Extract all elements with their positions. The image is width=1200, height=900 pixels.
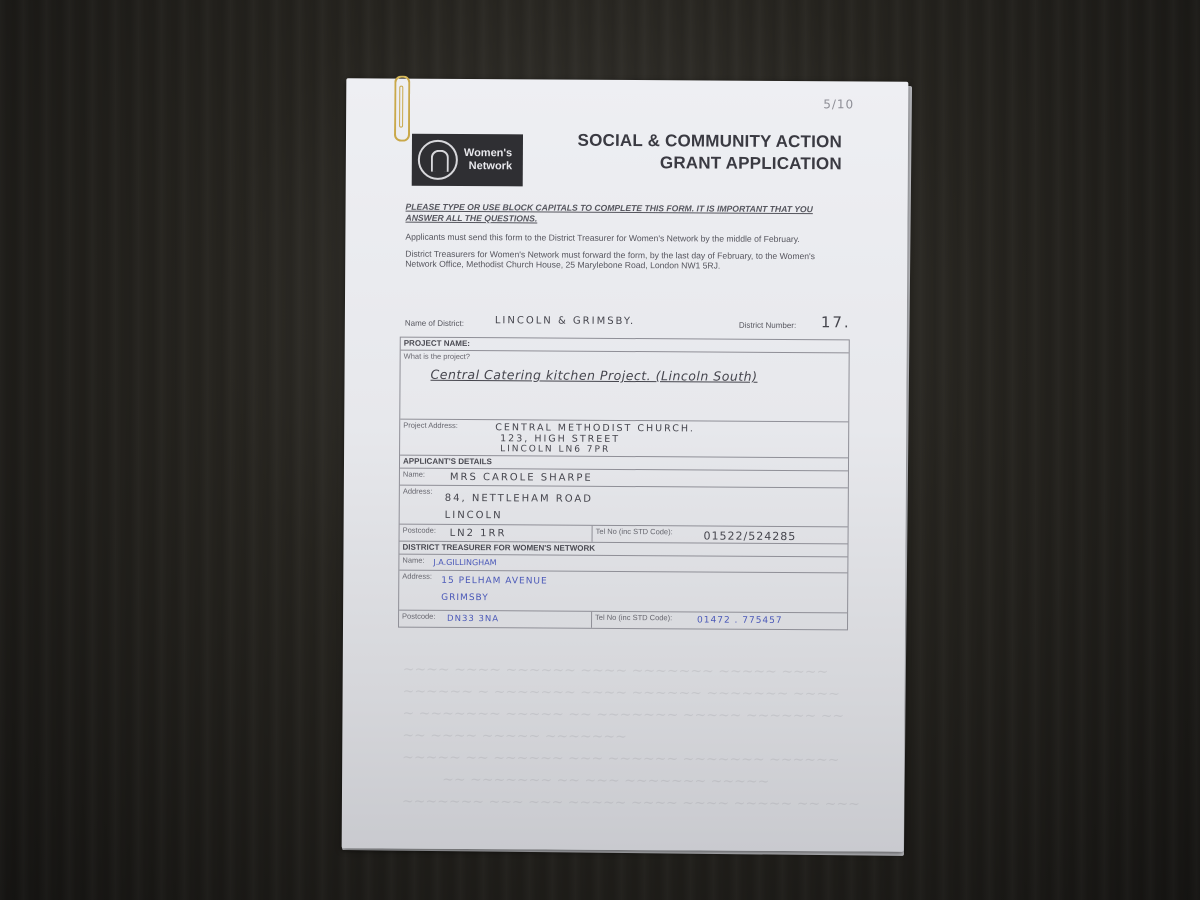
applicant-address-line-2[interactable]: LINCOLN xyxy=(445,510,503,521)
reverse-side-show-through: ~~~~ ~~~~ ~~~~~~ ~~~~ ~~~~~~~ ~~~~~ ~~~~… xyxy=(402,659,863,816)
treasurer-postcode-value[interactable]: DN33 3NA xyxy=(447,614,499,624)
cell-divider xyxy=(592,526,593,542)
applicant-tel-label: Tel No (inc STD Code): xyxy=(596,527,673,536)
applicant-postcode-value[interactable]: LN2 1RR xyxy=(450,528,507,539)
womens-network-logo: Women's Network xyxy=(412,134,523,187)
treasurer-tel-value[interactable]: 01472 . 775457 xyxy=(697,615,783,626)
cell-divider xyxy=(591,612,592,628)
project-address-line-2[interactable]: 123, HIGH STREET xyxy=(500,433,620,445)
page-marker: 5/10 xyxy=(823,97,854,111)
applicant-address-line-1[interactable]: 84, NETTLEHAM ROAD xyxy=(445,493,593,505)
treasurer-address-label: Address: xyxy=(402,572,432,581)
district-name-label: Name of District: xyxy=(405,319,464,328)
logo-text: Women's Network xyxy=(464,147,512,173)
project-address-label: Project Address: xyxy=(403,421,458,430)
applicant-name-label: Name: xyxy=(403,470,425,479)
district-row: Name of District: LINCOLN & GRIMSBY. Dis… xyxy=(403,315,850,334)
treasurer-name-label: Name: xyxy=(402,556,424,565)
district-number-value[interactable]: 17. xyxy=(821,313,851,331)
instructions: PLEASE TYPE OR USE BLOCK CAPITALS TO COM… xyxy=(405,202,815,278)
treasurer-address-row: Address: 15 PELHAM AVENUE GRIMSBY xyxy=(399,571,847,614)
methodist-emblem-icon xyxy=(418,140,458,180)
treasurer-address-line-1[interactable]: 15 PELHAM AVENUE xyxy=(441,576,547,587)
project-what-label: What is the project? xyxy=(404,352,470,361)
project-address-line-3[interactable]: LINCOLN LN6 7PR xyxy=(500,444,610,455)
district-number-label: District Number: xyxy=(739,321,796,330)
applicant-name-value[interactable]: MRS CAROLE SHARPE xyxy=(450,472,593,484)
applicant-postcode-label: Postcode: xyxy=(403,526,436,535)
project-what-row: What is the project? Central Catering ki… xyxy=(400,351,848,423)
form-table: PROJECT NAME: What is the project? Centr… xyxy=(398,337,850,631)
grant-application-form: 5/10 Women's Network SOCIAL & COMMUNITY … xyxy=(342,78,909,851)
district-name-value[interactable]: LINCOLN & GRIMSBY. xyxy=(495,315,635,327)
form-title: SOCIAL & COMMUNITY ACTION GRANT APPLICAT… xyxy=(577,130,842,176)
instruction-applicants: Applicants must send this form to the Di… xyxy=(405,232,815,245)
treasurer-name-value[interactable]: J.A.GILLINGHAM xyxy=(433,558,496,567)
treasurer-tel-label: Tel No (inc STD Code): xyxy=(595,613,672,622)
block-capitals-warning: PLEASE TYPE OR USE BLOCK CAPITALS TO COM… xyxy=(405,202,815,226)
instruction-treasurers: District Treasurers for Women's Network … xyxy=(405,248,815,272)
treasurer-address-line-2[interactable]: GRIMSBY xyxy=(441,593,489,603)
applicant-address-row: Address: 84, NETTLEHAM ROAD LINCOLN xyxy=(400,486,848,528)
applicant-tel-value[interactable]: 01522/524285 xyxy=(704,529,797,543)
treasurer-postcode-label: Postcode: xyxy=(402,612,435,621)
applicant-address-label: Address: xyxy=(403,487,433,496)
paperclip-icon xyxy=(394,76,410,142)
project-what-value[interactable]: Central Catering kitchen Project. (Linco… xyxy=(431,367,758,384)
treasurer-contact-row: Postcode: DN33 3NA Tel No (inc STD Code)… xyxy=(399,611,847,630)
project-address-row: Project Address: CENTRAL METHODIST CHURC… xyxy=(400,420,848,459)
